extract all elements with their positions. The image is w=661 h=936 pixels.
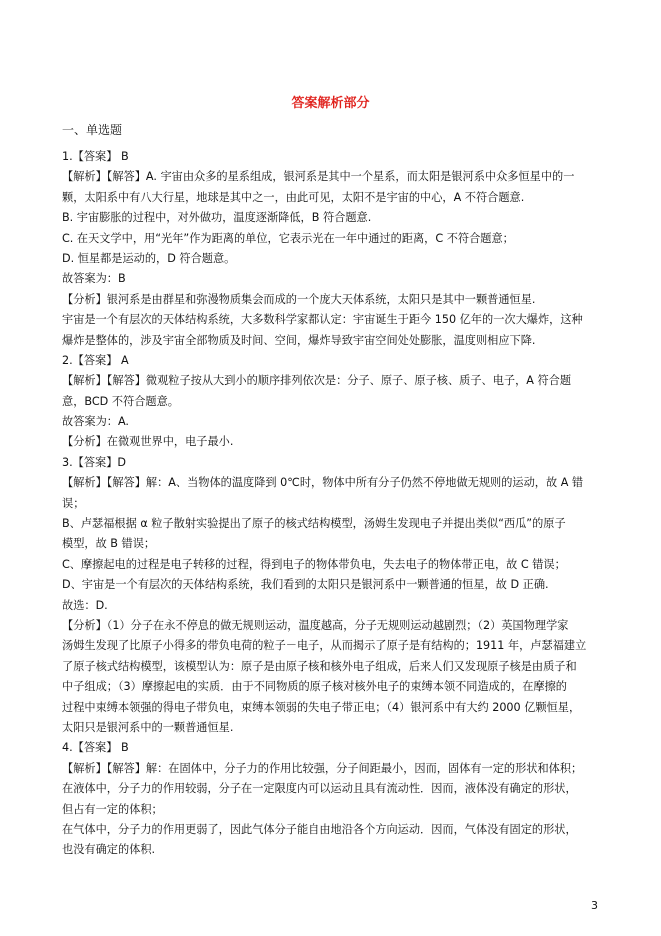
- text-line: D、宇宙是一个有层次的天体结构系统，我们看到的太阳只是银河系中一颗普通的恒星，故…: [62, 575, 602, 595]
- text-line: 【解析】【解答】解：A、当物体的温度降到 0℃时，物体中所有分子仍然不停地做无规…: [62, 473, 602, 493]
- text-line: 【解析】【解答】解：在固体中，分子力的作用比较强，分子间距最小，因而，固体有一定…: [62, 759, 602, 779]
- text-line: B. 宇宙膨胀的过程中，对外做功，温度逐渐降低，B 符合题意.: [62, 208, 602, 228]
- section-heading: 一、单选题: [62, 121, 122, 138]
- text-line: 中子组成；（3）摩擦起电的实质．由于不同物质的原子核对核外电子的束缚本领不同造成…: [62, 677, 602, 697]
- text-line: 误；: [62, 494, 602, 514]
- text-line: 【分析】银河系是由群星和弥漫物质集会而成的一个庞大天体系统，太阳只是其中一颗普通…: [62, 290, 602, 310]
- text-line: 太阳只是银河系中的一颗普通恒星.: [62, 718, 602, 738]
- text-line: 【分析】在微观世界中，电子最小.: [62, 432, 602, 452]
- text-line: C、摩擦起电的过程是电子转移的过程，得到电子的物体带负电，失去电子的物体带正电，…: [62, 555, 602, 575]
- text-line: 【分析】（1）分子在永不停息的做无规则运动，温度越高，分子无规则运动越剧烈；（2…: [62, 616, 602, 636]
- text-line: 过程中束缚本领强的得电子带负电，束缚本领弱的失电子带正电；（4）银河系中有大约 …: [62, 698, 602, 718]
- page-title: 答案解析部分: [0, 92, 661, 111]
- document-page: 答案解析部分 一、单选题 1.【答案】 B【解析】【解答】A. 宇宙由众多的星系…: [0, 0, 661, 936]
- answer-content: 1.【答案】 B【解析】【解答】A. 宇宙由众多的星系组成，银河系是其中一个星系…: [62, 147, 602, 861]
- text-line: 【解析】【解答】微观粒子按从大到小的顺序排列依次是：分子、原子、原子核、质子、电…: [62, 371, 602, 391]
- text-line: B、卢瑟福根据 α 粒子散射实验提出了原子的核式结构模型，汤姆生发现电子并提出类…: [62, 514, 602, 534]
- text-line: 3.【答案】D: [62, 453, 602, 473]
- text-line: 在气体中，分子力的作用更弱了，因此气体分子能自由地沿各个方向运动．因而，气体没有…: [62, 820, 602, 840]
- text-line: 故答案为：A.: [62, 412, 602, 432]
- text-line: 意，BCD 不符合题意。: [62, 392, 602, 412]
- text-line: 爆炸是整体的，涉及宇宙全部物质及时间、空间，爆炸导致宇宙空间处处膨胀，温度则相应…: [62, 331, 602, 351]
- text-line: 在液体中，分子力的作用较弱，分子在一定限度内可以运动且具有流动性．因而，液体没有…: [62, 779, 602, 799]
- text-line: 了原子核式结构模型，该模型认为：原子是由原子核和核外电子组成，后来人们又发现原子…: [62, 657, 602, 677]
- text-line: C. 在天文学中，用“光年”作为距离的单位，它表示光在一年中通过的距离，C 不符…: [62, 229, 602, 249]
- text-line: 颗，太阳系中有八大行星，地球是其中之一，由此可见，太阳不是宇宙的中心，A 不符合…: [62, 188, 602, 208]
- text-line: 故答案为：B: [62, 269, 602, 289]
- text-line: 汤姆生发现了比原子小得多的带负电荷的粒子－电子，从而揭示了原子是有结构的；191…: [62, 636, 602, 656]
- text-line: 4.【答案】 B: [62, 738, 602, 758]
- text-line: 模型，故 B 错误；: [62, 534, 602, 554]
- text-line: 2.【答案】 A: [62, 351, 602, 371]
- page-number: 3: [591, 899, 598, 912]
- text-line: 1.【答案】 B: [62, 147, 602, 167]
- text-line: 但占有一定的体积；: [62, 800, 602, 820]
- text-line: 宇宙是一个有层次的天体结构系统，大多数科学家都认定：宇宙诞生于距今 150 亿年…: [62, 310, 602, 330]
- text-line: 故选：D.: [62, 596, 602, 616]
- text-line: 也没有确定的体积.: [62, 840, 602, 860]
- text-line: 【解析】【解答】A. 宇宙由众多的星系组成，银河系是其中一个星系，而太阳是银河系…: [62, 167, 602, 187]
- text-line: D. 恒星都是运动的，D 符合题意。: [62, 249, 602, 269]
